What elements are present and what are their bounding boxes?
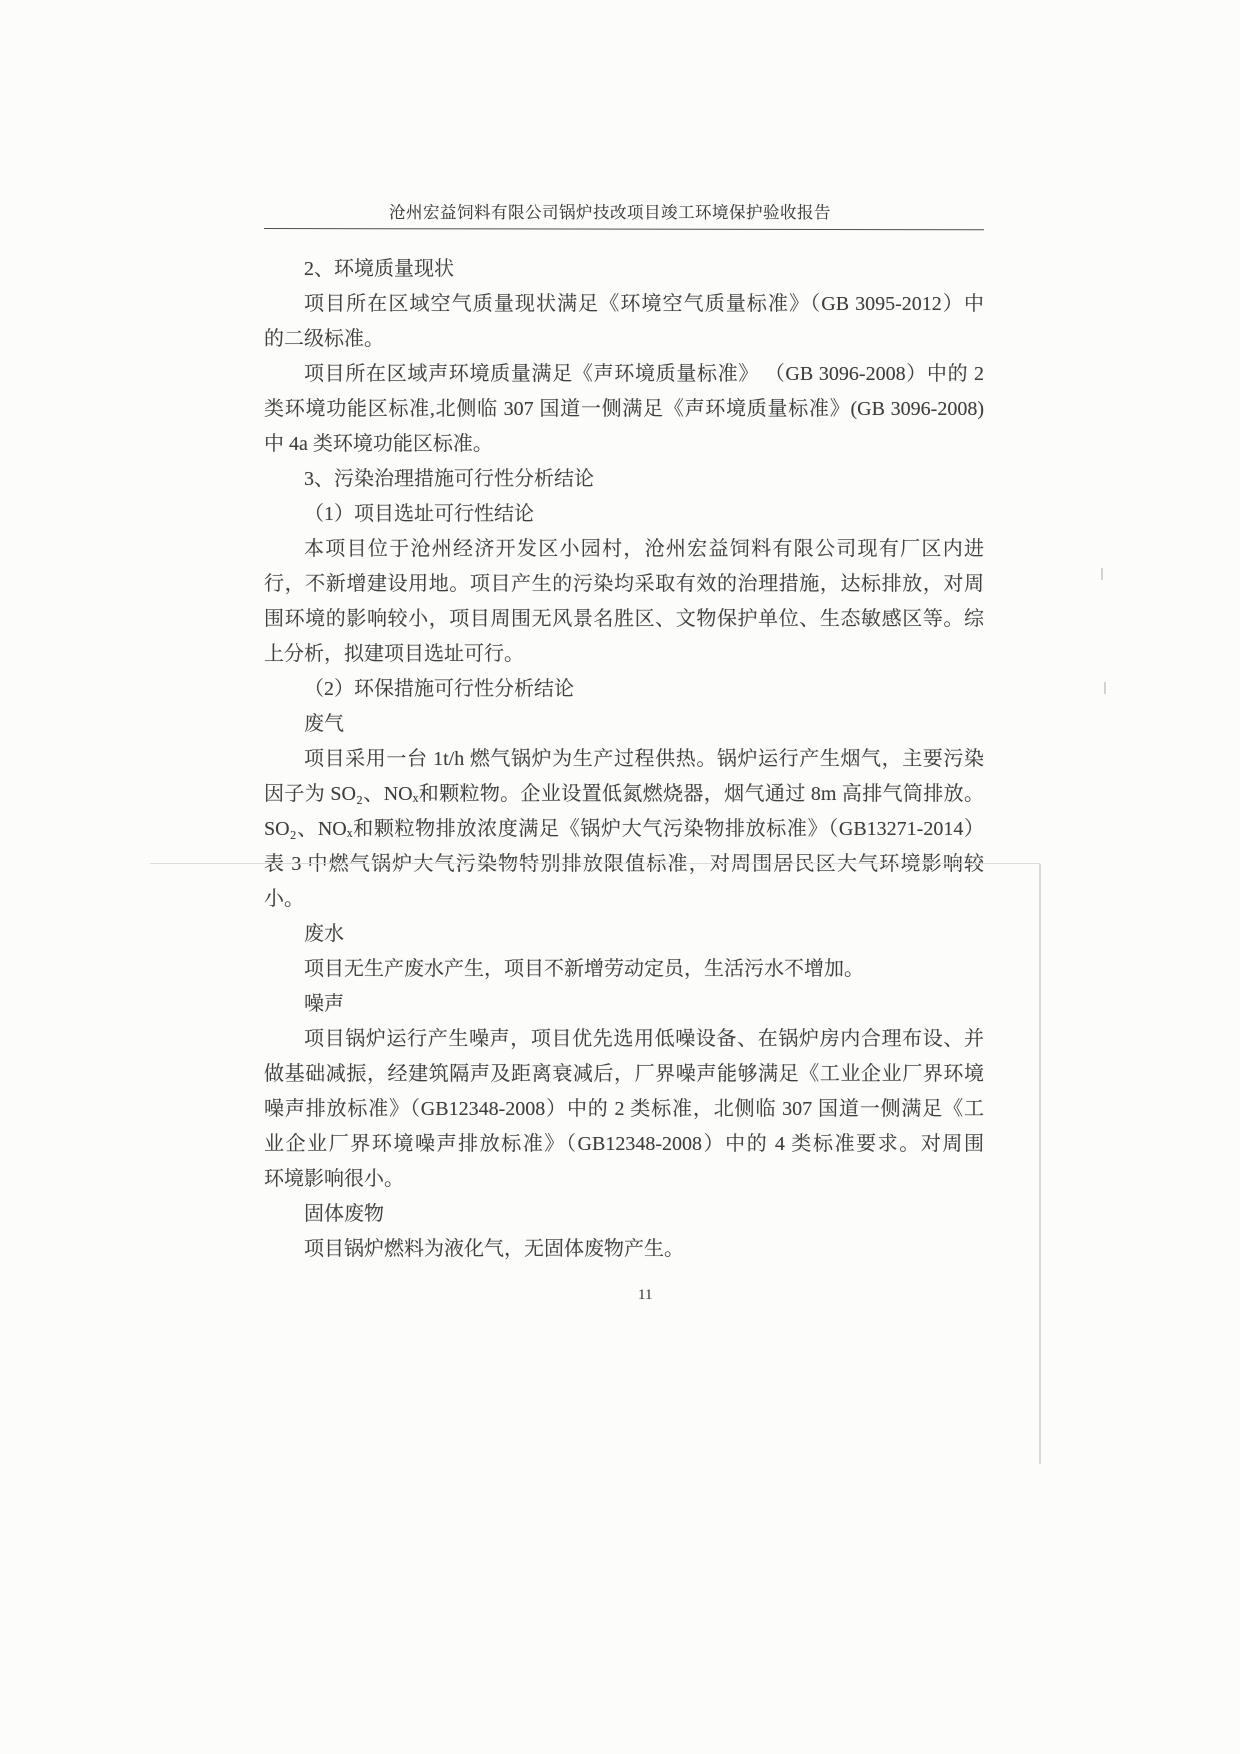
text-line: 类环境功能区标准,北侧临 307 国道一侧满足《声环境质量标准》(GB 3096… bbox=[264, 392, 984, 427]
page-number: 11 bbox=[638, 1287, 652, 1304]
text-line: 围环境的影响较小，项目周围无风景名胜区、文物保护单位、生态敏感区等。综 bbox=[264, 602, 984, 637]
text-line: 固体废物 bbox=[264, 1197, 984, 1232]
text-line: 项目无生产废水产生，项目不新增劳动定员，生活污水不增加。 bbox=[264, 952, 984, 987]
text-line: 项目所在区域声环境质量满足《声环境质量标准》 （GB 3096-2008）中的 … bbox=[264, 357, 984, 392]
text-line: 项目锅炉运行产生噪声，项目优先选用低噪设备、在锅炉房内合理布设、并 bbox=[264, 1022, 984, 1057]
scan-artifact-horizontal-line bbox=[150, 863, 1040, 864]
scan-artifact-vertical-line bbox=[1039, 864, 1041, 1464]
document-page: 沧州宏益饲料有限公司锅炉技改项目竣工环境保护验收报告 2、环境质量现状项目所在区… bbox=[0, 0, 1240, 1754]
text-line: 行，不新增建设用地。项目产生的污染均采取有效的治理措施，达标排放，对周 bbox=[264, 567, 984, 602]
text-line: 的二级标准。 bbox=[264, 322, 984, 357]
scan-speckle bbox=[1104, 682, 1106, 694]
header-divider-rule bbox=[264, 228, 984, 231]
text-line: 噪声 bbox=[264, 987, 984, 1022]
text-line: （1）项目选址可行性结论 bbox=[264, 497, 984, 532]
text-line: 做基础减振，经建筑隔声及距离衰减后，厂界噪声能够满足《工业企业厂界环境 bbox=[264, 1057, 984, 1092]
text-line: 噪声排放标准》（GB12348-2008）中的 2 类标准，北侧临 307 国道… bbox=[264, 1092, 984, 1127]
text-line: 中 4a 类环境功能区标准。 bbox=[264, 427, 984, 462]
text-line: 项目所在区域空气质量现状满足《环境空气质量标准》（GB 3095-2012）中 bbox=[264, 287, 984, 322]
text-line: 项目锅炉燃料为液化气，无固体废物产生。 bbox=[264, 1232, 984, 1267]
text-line: 业企业厂界环境噪声排放标准》（GB12348-2008）中的 4 类标准要求。对… bbox=[264, 1127, 984, 1162]
text-line: （2）环保措施可行性分析结论 bbox=[264, 672, 984, 707]
text-line: 3、污染治理措施可行性分析结论 bbox=[264, 462, 984, 497]
text-line: 环境影响很小。 bbox=[264, 1162, 984, 1197]
text-line: SO₂、NOₓ和颗粒物排放浓度满足《锅炉大气污染物排放标准》（GB13271-2… bbox=[264, 812, 984, 847]
text-line: 小。 bbox=[264, 882, 984, 917]
text-line: 本项目位于沧州经济开发区小园村，沧州宏益饲料有限公司现有厂区内进 bbox=[264, 532, 984, 567]
report-header-title: 沧州宏益饲料有限公司锅炉技改项目竣工环境保护验收报告 bbox=[170, 202, 1050, 224]
text-lines: 2、环境质量现状项目所在区域空气质量现状满足《环境空气质量标准》（GB 3095… bbox=[264, 252, 984, 1267]
text-line: 2、环境质量现状 bbox=[264, 252, 984, 287]
text-line: 因子为 SO₂、NOₓ和颗粒物。企业设置低氮燃烧器，烟气通过 8m 高排气筒排放… bbox=[264, 777, 984, 812]
scan-speckle bbox=[1101, 568, 1103, 580]
text-line: 上分析，拟建项目选址可行。 bbox=[264, 637, 984, 672]
text-line: 废水 bbox=[264, 917, 984, 952]
text-line: 表 3 中燃气锅炉大气污染物特别排放限值标准，对周围居民区大气环境影响较 bbox=[264, 847, 984, 882]
text-line: 项目采用一台 1t/h 燃气锅炉为生产过程供热。锅炉运行产生烟气，主要污染 bbox=[264, 742, 984, 777]
text-line: 废气 bbox=[264, 707, 984, 742]
